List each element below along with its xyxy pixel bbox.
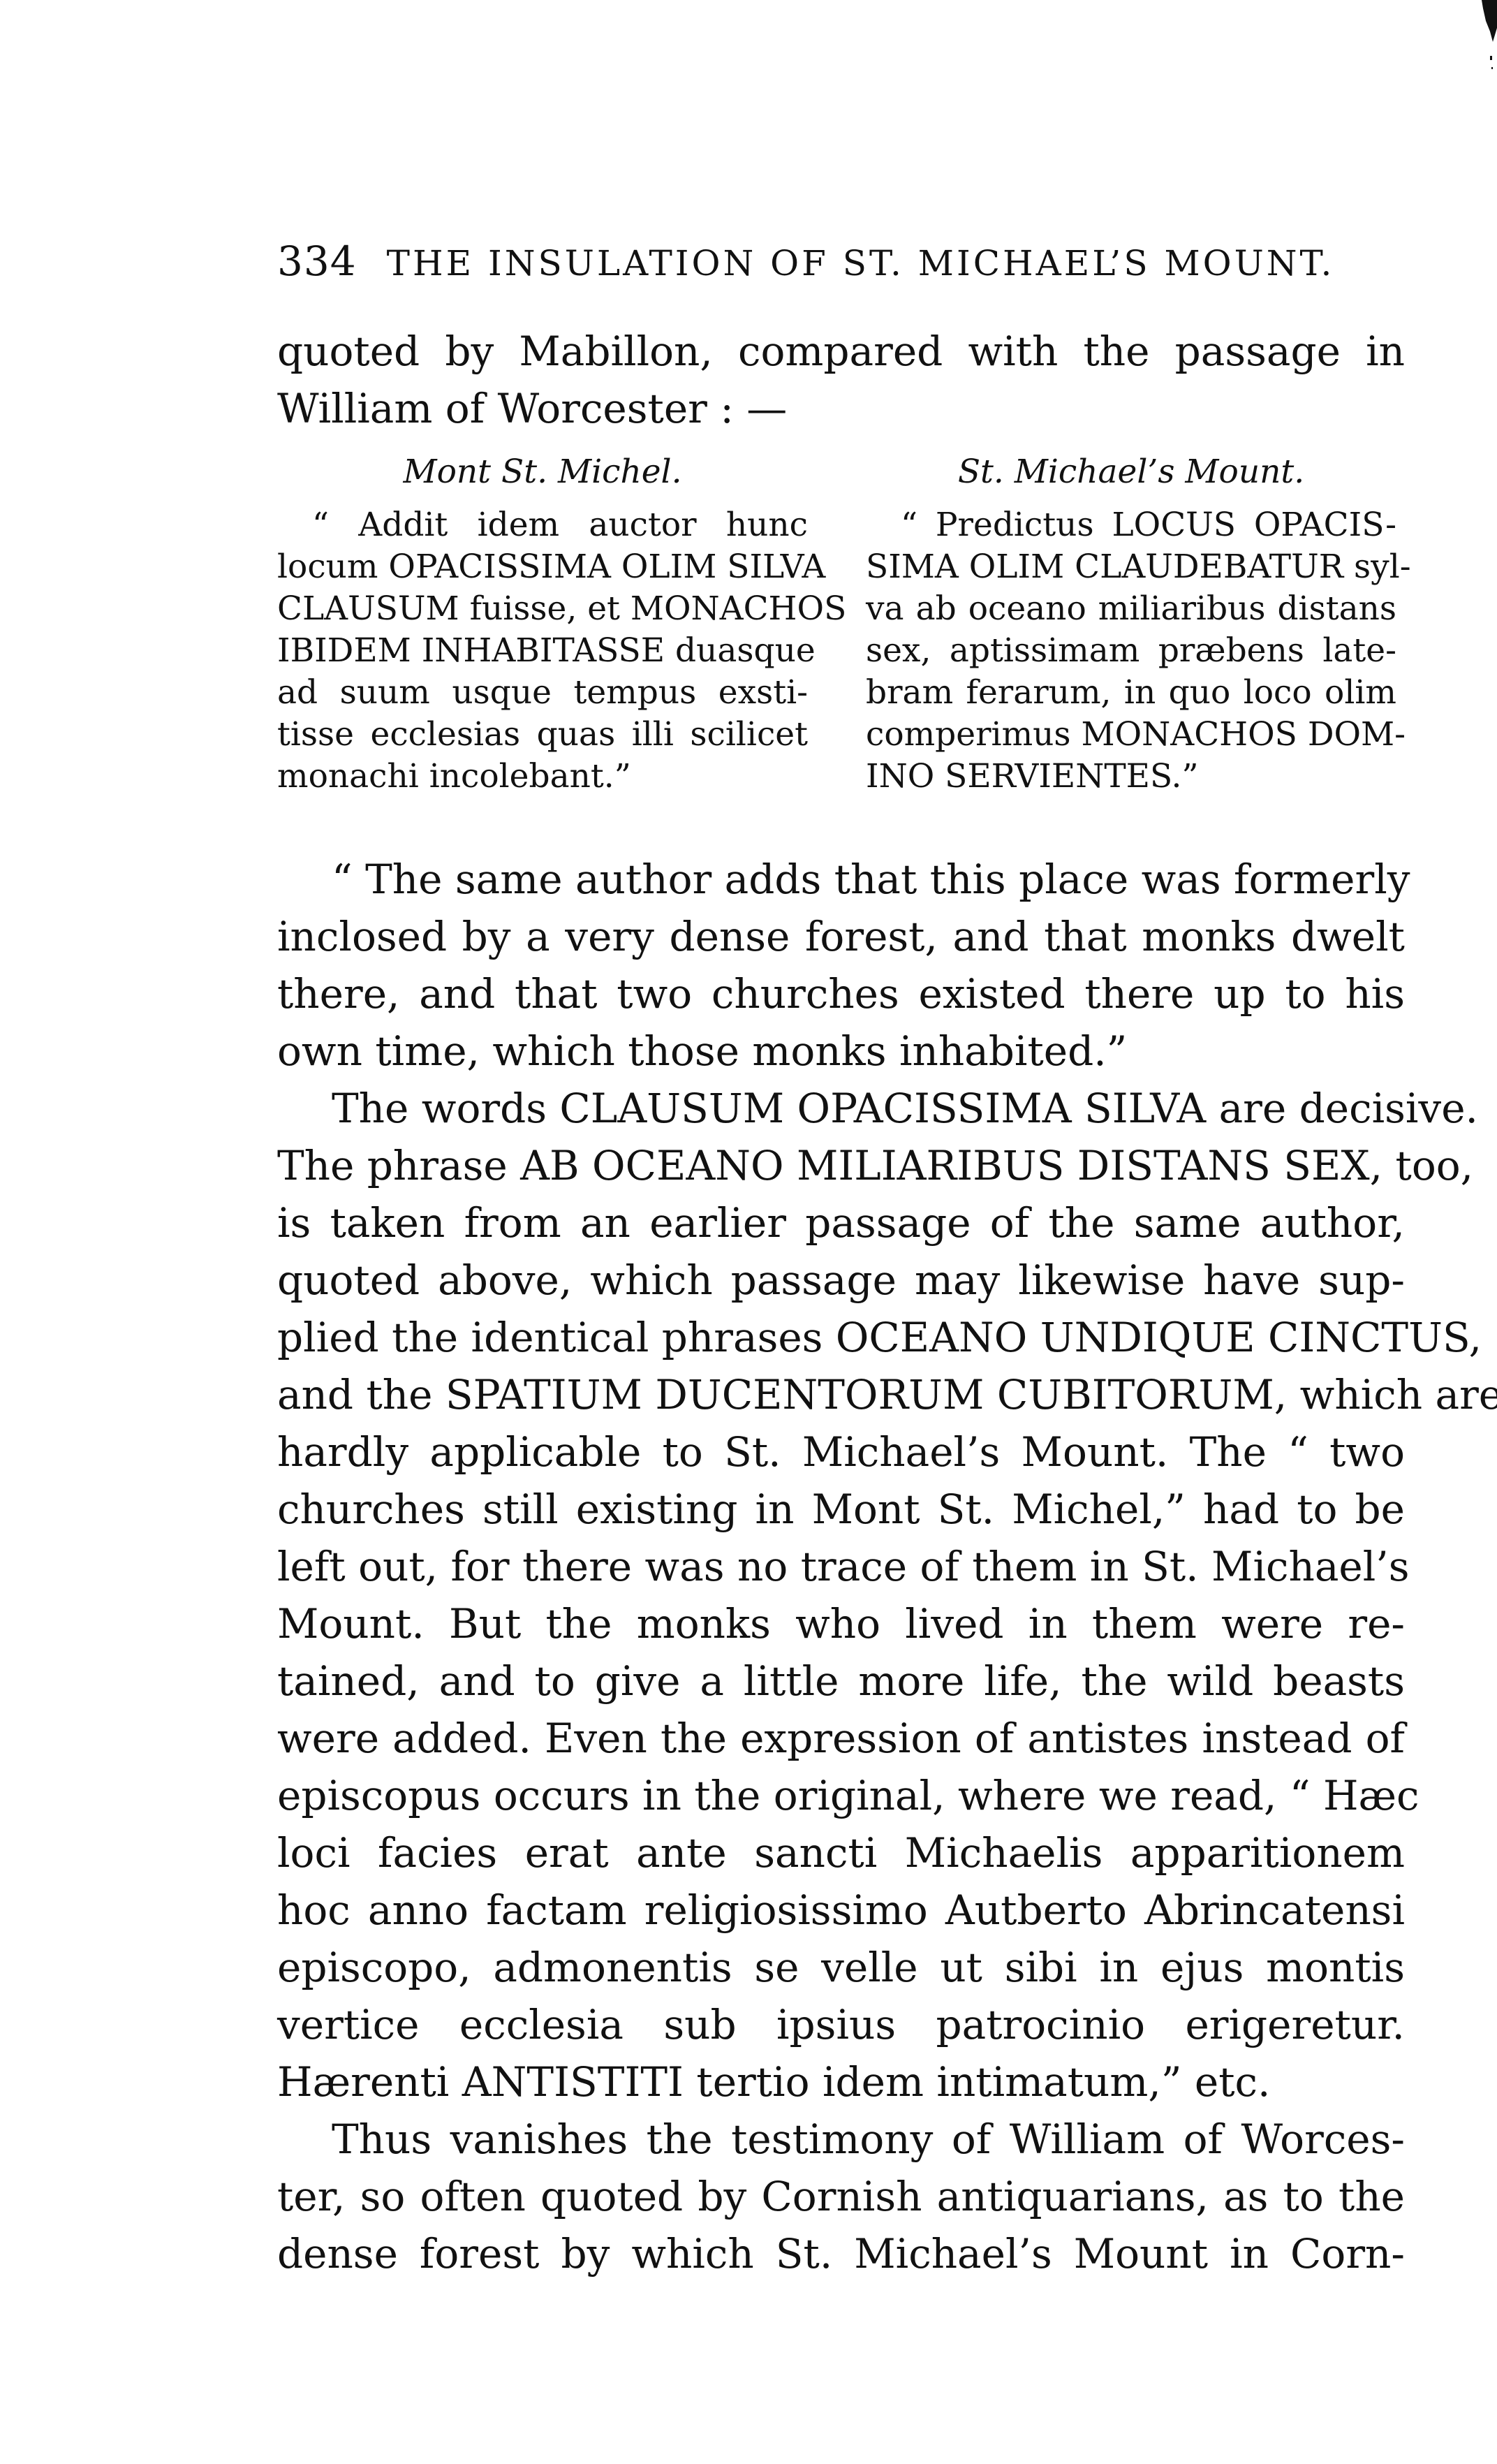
body-line: churches still existing in Mont St. Mich… — [277, 1481, 1405, 1538]
body-line: Thus vanishes the testimony of William o… — [277, 2111, 1405, 2168]
body-line: were added. Even the expression of antis… — [277, 1710, 1405, 1767]
body-line: dense forest by which St. Michael’s Moun… — [277, 2225, 1405, 2282]
body-line: hoc anno factam religiosissimo Autberto … — [277, 1882, 1405, 1939]
page-number: 334 — [277, 237, 357, 285]
body-line: ter, so often quoted by Cornish antiquar… — [277, 2168, 1405, 2225]
body-line: is taken from an earlier passage of the … — [277, 1194, 1405, 1252]
body-line: vertice ecclesia sub ipsius patrocinio e… — [277, 1996, 1405, 2053]
right-column-heading: St. Michael’s Mount. — [866, 453, 1396, 491]
body-line: quoted above, which passage may likewise… — [277, 1252, 1405, 1309]
body-line: episcopo, admonentis se velle ut sibi in… — [277, 1939, 1405, 1996]
column-line: “ Predictus LOCUS OPACIS- — [866, 504, 1396, 546]
body-line: tained, and to give a little more life, … — [277, 1652, 1405, 1710]
body-line: own time, which those monks inhabited.” — [277, 1022, 1405, 1080]
body-line: Mount. But the monks who lived in them w… — [277, 1595, 1405, 1652]
body-line: hardly applicable to St. Michael’s Mount… — [277, 1423, 1405, 1481]
column-line: ad suum usque tempus exsti- — [277, 672, 808, 714]
column-line: SIMA OLIM CLAUDEBATUR syl- — [866, 546, 1396, 588]
column-line: monachi incolebant.” — [277, 756, 808, 798]
column-line: “ Addit idem auctor hunc — [277, 504, 808, 546]
intro-line: William of Worcester : — — [277, 380, 1405, 437]
body-line: The words CLAUSUM OPACISSIMA SILVA are d… — [277, 1080, 1405, 1137]
body-line: and the SPATIUM DUCENTORUM CUBITORUM, wh… — [277, 1366, 1405, 1423]
column-line: sex, aptissimam præbens late- — [866, 630, 1396, 672]
intro-line: quoted by Mabillon, compared with the pa… — [277, 323, 1405, 380]
scan-artifact-icon — [1477, 0, 1497, 77]
column-line: comperimus MONACHOS DOM- — [866, 714, 1396, 756]
body-line: The phrase AB OCEANO MILIARIBUS DISTANS … — [277, 1137, 1405, 1194]
column-line: INO SERVIENTES.” — [866, 756, 1396, 798]
chapter-title: THE INSULATION OF ST. MICHAEL’S MOUNT. — [387, 243, 1335, 284]
body-line: Hærenti ANTISTITI tertio idem intimatum,… — [277, 2053, 1405, 2111]
body-line: inclosed by a very dense forest, and tha… — [277, 908, 1405, 965]
body-line: episcopus occurs in the original, where … — [277, 1767, 1405, 1824]
body-line: loci facies erat ante sancti Michaelis a… — [277, 1824, 1405, 1882]
body-line: “ The same author adds that this place w… — [277, 851, 1405, 908]
column-line: bram ferarum, in quo loco olim — [866, 672, 1396, 714]
body-line: plied the identical phrases OCEANO UNDIQ… — [277, 1309, 1405, 1366]
body-line: left out, for there was no trace of them… — [277, 1538, 1405, 1595]
running-head: 334 THE INSULATION OF ST. MICHAEL’S MOUN… — [277, 237, 1405, 285]
column-line: CLAUSUM fuisse, et MONACHOS — [277, 588, 808, 630]
column-line: tisse ecclesias quas illi scilicet — [277, 714, 808, 756]
left-column-heading: Mont St. Michel. — [277, 453, 808, 491]
column-line: IBIDEM INHABITASSE duasque — [277, 630, 808, 672]
body-line: there, and that two churches existed the… — [277, 965, 1405, 1022]
column-line: va ab oceano miliaribus distans — [866, 588, 1396, 630]
column-line: locum OPACISSIMA OLIM SILVA — [277, 546, 808, 588]
